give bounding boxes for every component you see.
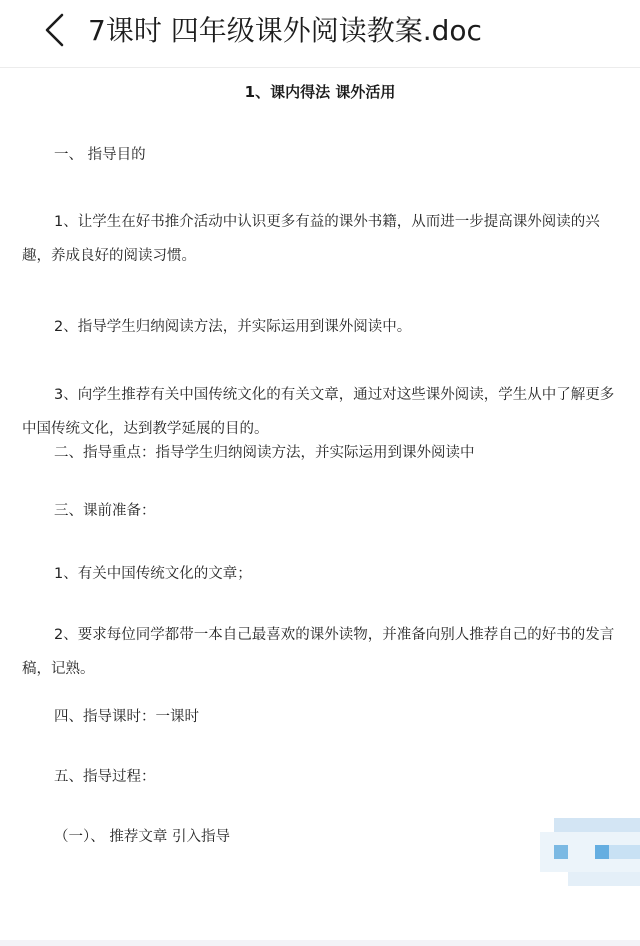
chevron-left-icon (43, 12, 65, 52)
paragraph-objective-1: 1、让学生在好书推介活动中认识更多有益的课外书籍，从而进一步提高课外阅读的兴趣，… (22, 205, 620, 273)
bottom-edge (0, 940, 640, 946)
document-viewer: 7课时 四年级课外阅读教案.doc 1、课内得法 课外活用 一、 指导目的 1、… (0, 0, 640, 946)
document-title: 7课时 四年级课外阅读教案.doc (88, 13, 482, 49)
floating-widget[interactable] (540, 818, 640, 890)
section-heading-key-points: 二、指导重点：指导学生归纳阅读方法，并实际运用到课外阅读中 (22, 436, 620, 470)
document-heading: 1、课内得法 课外活用 (0, 81, 640, 103)
section-heading-preparation: 三、课前准备： (22, 494, 620, 528)
section-heading-objectives: 一、 指导目的 (22, 138, 620, 172)
top-bar: 7课时 四年级课外阅读教案.doc (0, 0, 640, 68)
section-heading-duration: 四、指导课时：一课时 (22, 700, 620, 734)
paragraph-objective-2: 2、指导学生归纳阅读方法，并实际运用到课外阅读中。 (22, 310, 620, 344)
subsection-heading-recommend: （一）、 推荐文章 引入指导 (22, 820, 620, 854)
paragraph-preparation-1: 1、有关中国传统文化的文章； (22, 557, 620, 591)
paragraph-preparation-2: 2、要求每位同学都带一本自己最喜欢的课外读物，并准备向别人推荐自己的好书的发言稿… (22, 618, 620, 686)
document-content[interactable]: 1、课内得法 课外活用 一、 指导目的 1、让学生在好书推介活动中认识更多有益的… (0, 69, 640, 939)
section-heading-process: 五、指导过程： (22, 760, 620, 794)
back-button[interactable] (34, 12, 74, 52)
